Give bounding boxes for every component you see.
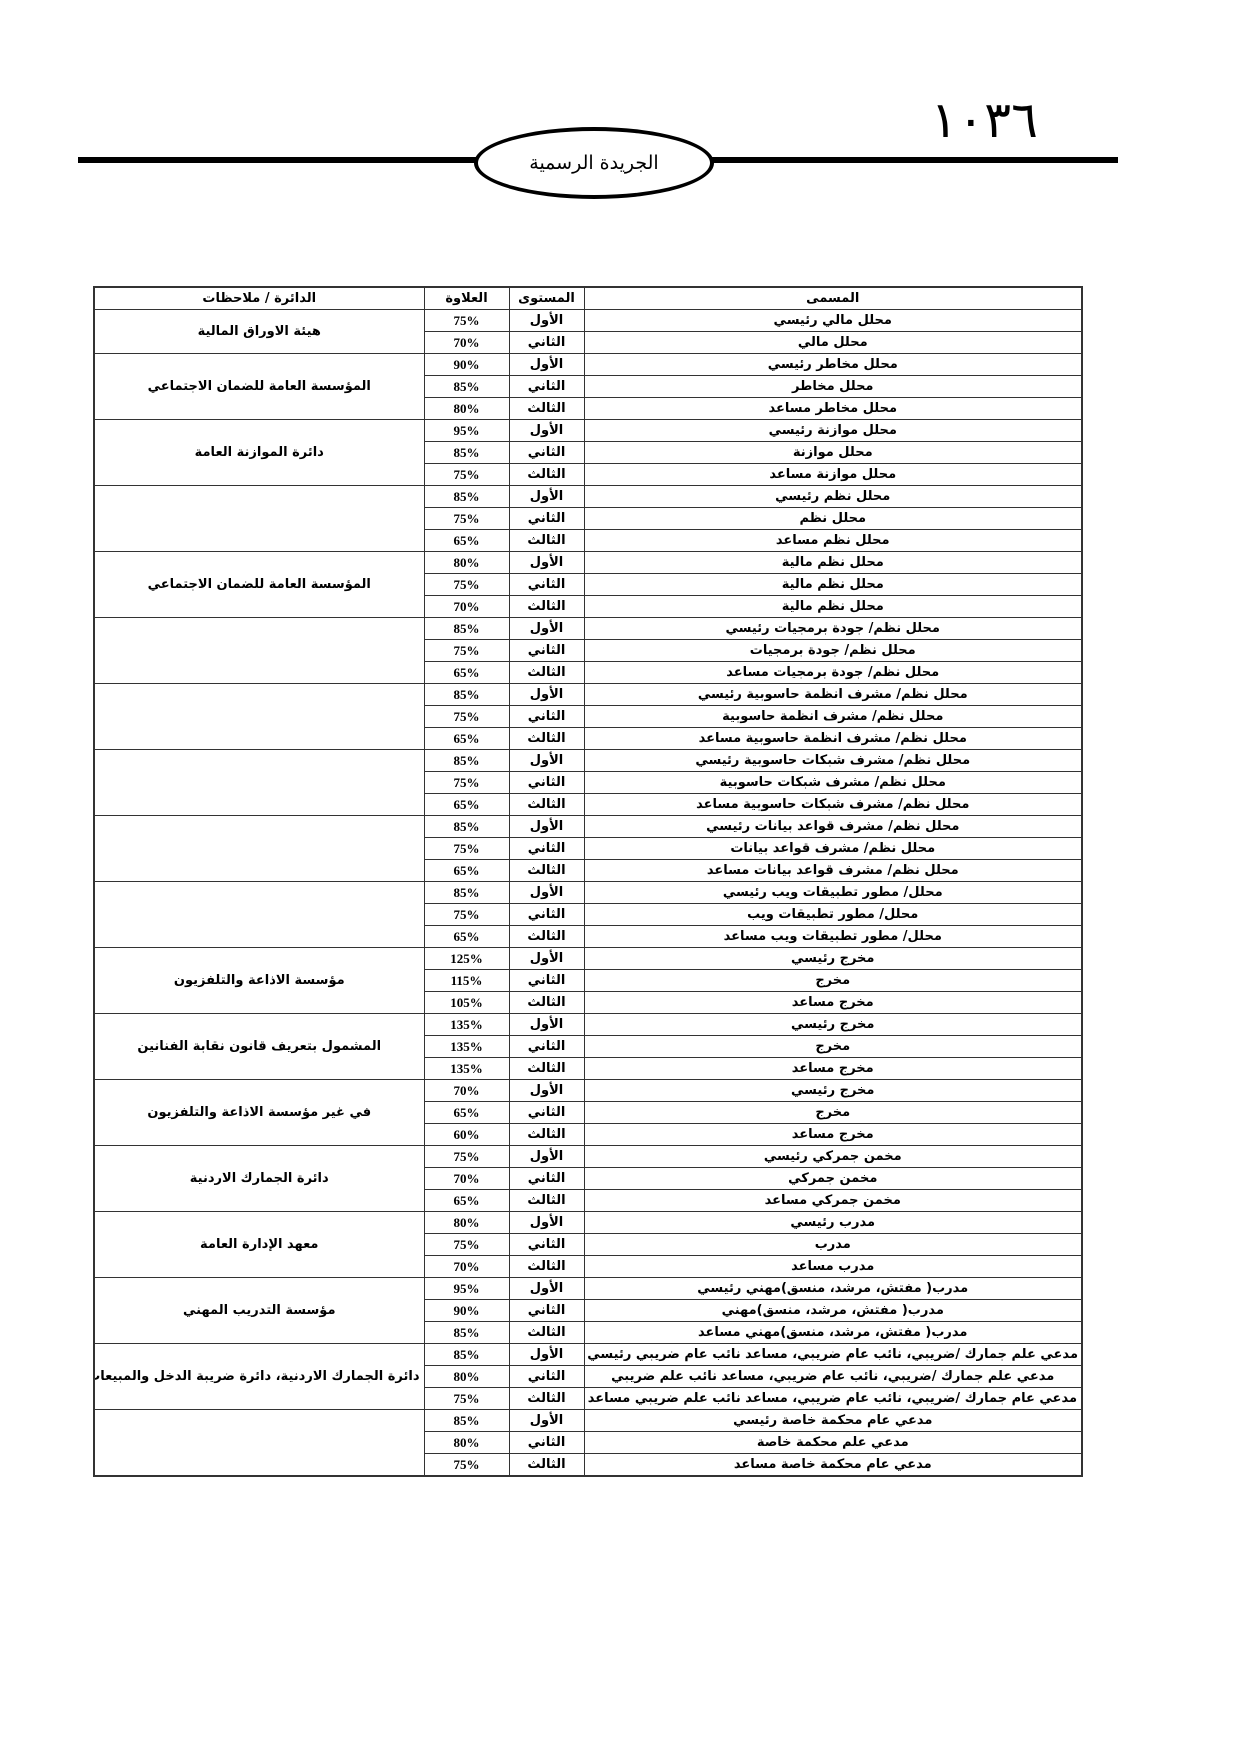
table-row: محلل نظم ماليةالأول80%المؤسسة العامة للض… (94, 552, 1082, 574)
job-title-cell: مدرب( مفتش، مرشد، منسق)مهني (584, 1300, 1082, 1322)
allowance-cell: 75% (424, 574, 509, 596)
allowance-cell: 75% (424, 1234, 509, 1256)
job-title-cell: مدرب (584, 1234, 1082, 1256)
job-title-cell: مدرب رئيسي (584, 1212, 1082, 1234)
level-cell: الثاني (509, 1432, 584, 1454)
header-level: المستوى (509, 287, 584, 310)
table-row: محلل نظم رئيسيالأول85% (94, 486, 1082, 508)
job-title-cell: محلل نظم/ مشرف شبكات حاسوبية (584, 772, 1082, 794)
job-title-cell: مدعي علم جمارك /ضريبي، نائب عام ضريبي، م… (584, 1344, 1082, 1366)
allowance-cell: 80% (424, 1432, 509, 1454)
level-cell: الأول (509, 420, 584, 442)
level-cell: الثالث (509, 1190, 584, 1212)
table-row: مخمن جمركي رئيسيالأول75%دائرة الجمارك ال… (94, 1146, 1082, 1168)
allowance-cell: 85% (424, 1322, 509, 1344)
job-title-cell: محلل نظم/ مشرف قواعد بيانات (584, 838, 1082, 860)
allowance-cell: 65% (424, 1190, 509, 1212)
job-title-cell: محلل نظم رئيسي (584, 486, 1082, 508)
job-title-cell: مدعي علم جمارك /ضريبي، نائب عام ضريبي، م… (584, 1366, 1082, 1388)
level-cell: الأول (509, 1278, 584, 1300)
allowance-cell: 70% (424, 1080, 509, 1102)
department-cell (94, 618, 424, 684)
table-row: محلل/ مطور تطبيقات ويب رئيسيالأول85% (94, 882, 1082, 904)
allowance-cell: 70% (424, 332, 509, 354)
allowance-cell: 65% (424, 728, 509, 750)
table-header-row: المسمى المستوى العلاوة الدائرة / ملاحظات (94, 287, 1082, 310)
job-title-cell: محلل نظم/ جودة برمجيات رئيسي (584, 618, 1082, 640)
department-cell (94, 816, 424, 882)
level-cell: الأول (509, 1014, 584, 1036)
allowance-cell: 75% (424, 464, 509, 486)
job-title-cell: مدعي عام جمارك /ضريبي، نائب عام ضريبي، م… (584, 1388, 1082, 1410)
job-title-cell: محلل موازنة رئيسي (584, 420, 1082, 442)
job-title-cell: محلل مالي (584, 332, 1082, 354)
allowance-cell: 85% (424, 882, 509, 904)
allowance-cell: 125% (424, 948, 509, 970)
allowance-cell: 75% (424, 508, 509, 530)
job-title-cell: محلل نظم/ مشرف انظمة حاسوبية رئيسي (584, 684, 1082, 706)
department-cell (94, 486, 424, 552)
allowance-cell: 65% (424, 926, 509, 948)
level-cell: الثالث (509, 464, 584, 486)
job-title-cell: محلل نظم/ جودة برمجيات (584, 640, 1082, 662)
level-cell: الأول (509, 354, 584, 376)
allowance-cell: 85% (424, 1410, 509, 1432)
allowance-cell: 85% (424, 376, 509, 398)
job-title-cell: محلل نظم مالية (584, 574, 1082, 596)
job-title-cell: مخمن جمركي مساعد (584, 1190, 1082, 1212)
job-title-cell: مخرج (584, 1036, 1082, 1058)
allowance-cell: 70% (424, 1256, 509, 1278)
allowance-cell: 85% (424, 1344, 509, 1366)
job-title-cell: محلل/ مطور تطبيقات ويب مساعد (584, 926, 1082, 948)
level-cell: الأول (509, 552, 584, 574)
table-row: مدرب رئيسيالأول80%معهد الإدارة العامة (94, 1212, 1082, 1234)
table-row: مخرج رئيسيالأول135%المشمول بتعريف قانون … (94, 1014, 1082, 1036)
level-cell: الثاني (509, 838, 584, 860)
level-cell: الثالث (509, 398, 584, 420)
level-cell: الثاني (509, 640, 584, 662)
job-title-cell: مخرج مساعد (584, 992, 1082, 1014)
department-cell (94, 684, 424, 750)
level-cell: الأول (509, 1212, 584, 1234)
allowance-cell: 85% (424, 816, 509, 838)
table-row: مدعي عام محكمة خاصة رئيسيالأول85% (94, 1410, 1082, 1432)
job-title-cell: محلل نظم/ مشرف انظمة حاسوبية (584, 706, 1082, 728)
allowance-cell: 135% (424, 1014, 509, 1036)
department-cell: هيئة الاوراق المالية (94, 310, 424, 354)
job-title-cell: مدرب( مفتش، مرشد، منسق)مهني مساعد (584, 1322, 1082, 1344)
table-row: محلل موازنة رئيسيالأول95%دائرة الموازنة … (94, 420, 1082, 442)
allowance-cell: 95% (424, 1278, 509, 1300)
level-cell: الأول (509, 948, 584, 970)
table-row: مدعي علم جمارك /ضريبي، نائب عام ضريبي، م… (94, 1344, 1082, 1366)
job-title-cell: مخمن جمركي رئيسي (584, 1146, 1082, 1168)
level-cell: الثاني (509, 1366, 584, 1388)
level-cell: الثاني (509, 508, 584, 530)
job-title-cell: مخرج (584, 1102, 1082, 1124)
job-title-cell: محلل موازنة (584, 442, 1082, 464)
job-title-cell: محلل نظم/ مشرف انظمة حاسوبية مساعد (584, 728, 1082, 750)
level-cell: الثالث (509, 1256, 584, 1278)
department-cell: المؤسسة العامة للضمان الاجتماعي (94, 354, 424, 420)
allowance-cell: 75% (424, 310, 509, 332)
job-title-cell: مخرج رئيسي (584, 948, 1082, 970)
job-title-cell: محلل مخاطر (584, 376, 1082, 398)
level-cell: الأول (509, 1080, 584, 1102)
level-cell: الثاني (509, 1036, 584, 1058)
job-title-cell: مدرب( مفتش، مرشد، منسق)مهني رئيسي (584, 1278, 1082, 1300)
allowance-cell: 105% (424, 992, 509, 1014)
allowance-cell: 85% (424, 750, 509, 772)
page-number: ١٠٣٦ (928, 92, 1038, 148)
allowance-cell: 90% (424, 1300, 509, 1322)
job-title-cell: محلل نظم/ مشرف شبكات حاسوبية مساعد (584, 794, 1082, 816)
job-title-cell: محلل/ مطور تطبيقات ويب رئيسي (584, 882, 1082, 904)
allowance-cell: 75% (424, 838, 509, 860)
job-title-cell: مدرب مساعد (584, 1256, 1082, 1278)
level-cell: الأول (509, 310, 584, 332)
level-cell: الثالث (509, 530, 584, 552)
job-title-cell: مدعي عام محكمة خاصة رئيسي (584, 1410, 1082, 1432)
level-cell: الثالث (509, 662, 584, 684)
table-row: مدرب( مفتش، مرشد، منسق)مهني رئيسيالأول95… (94, 1278, 1082, 1300)
allowance-cell: 90% (424, 354, 509, 376)
department-cell: دائرة الجمارك الاردنية (94, 1146, 424, 1212)
level-cell: الثاني (509, 1234, 584, 1256)
job-title-cell: محلل نظم/ مشرف قواعد بيانات رئيسي (584, 816, 1082, 838)
job-title-cell: محلل نظم مساعد (584, 530, 1082, 552)
header-department: الدائرة / ملاحظات (94, 287, 424, 310)
department-cell (94, 882, 424, 948)
job-title-cell: محلل نظم/ جودة برمجيات مساعد (584, 662, 1082, 684)
level-cell: الثالث (509, 728, 584, 750)
department-cell: معهد الإدارة العامة (94, 1212, 424, 1278)
job-title-cell: محلل مخاطر مساعد (584, 398, 1082, 420)
department-cell: المشمول بتعريف قانون نقابة الفنانين (94, 1014, 424, 1080)
department-cell: دائرة الجمارك الاردنية، دائرة ضريبة الدخ… (94, 1344, 424, 1410)
header-title: المسمى (584, 287, 1082, 310)
level-cell: الأول (509, 618, 584, 640)
level-cell: الثالث (509, 596, 584, 618)
allowance-cell: 75% (424, 1388, 509, 1410)
job-title-cell: محلل نظم (584, 508, 1082, 530)
level-cell: الثالث (509, 926, 584, 948)
job-title-cell: مخرج مساعد (584, 1058, 1082, 1080)
job-title-cell: محلل نظم/ مشرف شبكات حاسوبية رئيسي (584, 750, 1082, 772)
table-row: مخرج رئيسيالأول125%مؤسسة الاذاعة والتلفز… (94, 948, 1082, 970)
department-cell: المؤسسة العامة للضمان الاجتماعي (94, 552, 424, 618)
allowance-cell: 75% (424, 772, 509, 794)
job-title-cell: مخرج مساعد (584, 1124, 1082, 1146)
level-cell: الأول (509, 1146, 584, 1168)
department-cell (94, 750, 424, 816)
allowance-cell: 75% (424, 1146, 509, 1168)
allowance-cell: 80% (424, 552, 509, 574)
allowance-cell: 75% (424, 1454, 509, 1477)
allowance-cell: 60% (424, 1124, 509, 1146)
department-cell: مؤسسة الاذاعة والتلفزيون (94, 948, 424, 1014)
job-title-cell: محلل مالي رئيسي (584, 310, 1082, 332)
job-title-cell: محلل نظم مالية (584, 552, 1082, 574)
level-cell: الأول (509, 882, 584, 904)
allowance-cell: 135% (424, 1058, 509, 1080)
job-title-cell: مدعي عام محكمة خاصة مساعد (584, 1454, 1082, 1477)
allowance-cell: 65% (424, 794, 509, 816)
level-cell: الثاني (509, 442, 584, 464)
level-cell: الثاني (509, 904, 584, 926)
allowance-cell: 80% (424, 1366, 509, 1388)
level-cell: الثاني (509, 706, 584, 728)
allowance-cell: 70% (424, 596, 509, 618)
level-cell: الأول (509, 1410, 584, 1432)
level-cell: الثالث (509, 794, 584, 816)
allowance-cell: 65% (424, 1102, 509, 1124)
level-cell: الثاني (509, 772, 584, 794)
allowance-cell: 65% (424, 662, 509, 684)
allowance-cell: 80% (424, 1212, 509, 1234)
table-row: محلل مالي رئيسيالأول75%هيئة الاوراق الما… (94, 310, 1082, 332)
job-title-cell: مخرج رئيسي (584, 1014, 1082, 1036)
level-cell: الثالث (509, 1322, 584, 1344)
table-row: مخرج رئيسيالأول70%في غير مؤسسة الاذاعة و… (94, 1080, 1082, 1102)
table-row: محلل نظم/ جودة برمجيات رئيسيالأول85% (94, 618, 1082, 640)
allowance-cell: 65% (424, 530, 509, 552)
job-title-cell: مخرج (584, 970, 1082, 992)
table-row: محلل مخاطر رئيسيالأول90%المؤسسة العامة ل… (94, 354, 1082, 376)
table-row: محلل نظم/ مشرف شبكات حاسوبية رئيسيالأول8… (94, 750, 1082, 772)
allowances-table: المسمى المستوى العلاوة الدائرة / ملاحظات… (93, 286, 1083, 1477)
allowance-cell: 75% (424, 706, 509, 728)
allowance-cell: 85% (424, 486, 509, 508)
level-cell: الأول (509, 816, 584, 838)
job-title-cell: مخمن جمركي (584, 1168, 1082, 1190)
table-body: محلل مالي رئيسيالأول75%هيئة الاوراق الما… (94, 310, 1082, 1477)
table-row: محلل نظم/ مشرف انظمة حاسوبية رئيسيالأول8… (94, 684, 1082, 706)
masthead-title: الجريدة الرسمية (529, 152, 658, 174)
level-cell: الأول (509, 684, 584, 706)
level-cell: الثالث (509, 992, 584, 1014)
level-cell: الثالث (509, 1388, 584, 1410)
allowance-cell: 75% (424, 640, 509, 662)
job-title-cell: محلل نظم مالية (584, 596, 1082, 618)
allowance-cell: 70% (424, 1168, 509, 1190)
job-title-cell: مدعي علم محكمة خاصة (584, 1432, 1082, 1454)
table-row: محلل نظم/ مشرف قواعد بيانات رئيسيالأول85… (94, 816, 1082, 838)
allowance-cell: 95% (424, 420, 509, 442)
level-cell: الأول (509, 486, 584, 508)
job-title-cell: محلل نظم/ مشرف قواعد بيانات مساعد (584, 860, 1082, 882)
allowance-cell: 85% (424, 618, 509, 640)
level-cell: الثالث (509, 1124, 584, 1146)
allowance-cell: 85% (424, 684, 509, 706)
job-title-cell: محلل مخاطر رئيسي (584, 354, 1082, 376)
level-cell: الثالث (509, 860, 584, 882)
masthead-oval: الجريدة الرسمية (474, 127, 714, 199)
level-cell: الثاني (509, 1300, 584, 1322)
level-cell: الأول (509, 1344, 584, 1366)
level-cell: الثاني (509, 970, 584, 992)
department-cell: في غير مؤسسة الاذاعة والتلفزيون (94, 1080, 424, 1146)
department-cell: مؤسسة التدريب المهني (94, 1278, 424, 1344)
allowance-cell: 80% (424, 398, 509, 420)
level-cell: الثاني (509, 332, 584, 354)
allowance-cell: 75% (424, 904, 509, 926)
level-cell: الثاني (509, 376, 584, 398)
allowance-cell: 135% (424, 1036, 509, 1058)
department-cell (94, 1410, 424, 1477)
job-title-cell: مخرج رئيسي (584, 1080, 1082, 1102)
job-title-cell: محلل/ مطور تطبيقات ويب (584, 904, 1082, 926)
level-cell: الثالث (509, 1454, 584, 1477)
level-cell: الثاني (509, 1102, 584, 1124)
allowance-cell: 115% (424, 970, 509, 992)
header-allowance: العلاوة (424, 287, 509, 310)
level-cell: الأول (509, 750, 584, 772)
level-cell: الثاني (509, 1168, 584, 1190)
job-title-cell: محلل موازنة مساعد (584, 464, 1082, 486)
allowance-cell: 65% (424, 860, 509, 882)
allowance-cell: 85% (424, 442, 509, 464)
department-cell: دائرة الموازنة العامة (94, 420, 424, 486)
level-cell: الثالث (509, 1058, 584, 1080)
level-cell: الثاني (509, 574, 584, 596)
